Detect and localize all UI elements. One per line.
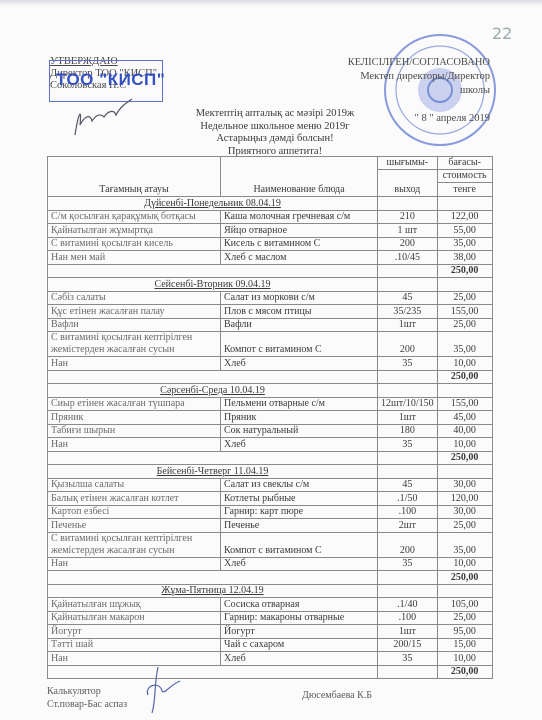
dish-price: 122,00 (437, 210, 492, 224)
dish-price: 35,00 (437, 332, 492, 357)
footer-role1: Калькулятор (47, 685, 127, 698)
signature-icon (140, 665, 185, 715)
dish-name-ru: Хлеб (221, 357, 378, 371)
empty-cell (437, 465, 492, 479)
dish-output: 35 (378, 357, 438, 371)
table-row: С витамині қосылған кептірілгенжемістерд… (48, 532, 493, 557)
dish-name-ru: Сосиска отварная (221, 598, 378, 612)
dish-name-kz-line2: жемістерден жасалған сусын (51, 545, 217, 557)
menu-table: Тағамның атауы Наименование блюда шығымы… (47, 156, 493, 679)
table-row: С/м қосылған қарақұмық ботқасыКаша молоч… (48, 210, 493, 224)
dish-output: .100 (378, 505, 438, 519)
footer-role2: Ст.повар-Бас аспаз (47, 698, 127, 711)
day-name: Сәрсенбі-Среда 10.04.19 (160, 385, 265, 396)
dish-output: 200 (378, 332, 438, 357)
day-total: 250,00 (437, 451, 492, 465)
day-total-row: 250,00 (48, 451, 493, 465)
dish-name-ru: Плов с мясом птицы (221, 305, 378, 319)
dish-price: 25,00 (437, 318, 492, 332)
table-row: Нан мен майХлеб с маслом.10/4538,00 (48, 251, 493, 265)
dish-price: 155,00 (437, 397, 492, 411)
dish-output: 35 (378, 652, 438, 666)
day-header-row: Бейсенбі-Четверг 11.04.19 (48, 465, 493, 479)
dish-price: 120,00 (437, 492, 492, 506)
empty-cell (48, 451, 378, 465)
empty-cell (48, 264, 378, 278)
dish-name-kz: Қайнатылған шұжық (48, 598, 221, 612)
day-total-row: 250,00 (48, 264, 493, 278)
dish-price: 35,00 (437, 532, 492, 557)
empty-cell (378, 465, 438, 479)
dish-price: 10,00 (437, 652, 492, 666)
table-row: ЙогуртЙогурт1шт95,00 (48, 625, 493, 639)
dish-output: 200 (378, 532, 438, 557)
dish-price: 45,00 (437, 411, 492, 425)
dish-output: .1/40 (378, 598, 438, 612)
dish-name-kz: Нан (48, 438, 221, 452)
dish-name-kz: Балық етінен жасалған котлет (48, 492, 221, 506)
table-row: ПряникПряник1шт45,00 (48, 411, 493, 425)
dish-output: 45 (378, 478, 438, 492)
dish-name-kz: Печенье (48, 519, 221, 533)
dish-output: 1шт (378, 625, 438, 639)
empty-cell (48, 665, 378, 679)
signature-icon (70, 95, 140, 140)
table-row: Сәбіз салатыСалат из моркови с/м4525,00 (48, 291, 493, 305)
dish-name-kz: Табиғи шырын (48, 424, 221, 438)
day-total: 250,00 (437, 264, 492, 278)
table-row: Қайнатылған шұжықСосиска отварная.1/4010… (48, 598, 493, 612)
day-name: Бейсенбі-Четверг 11.04.19 (157, 466, 269, 477)
dish-price: 25,00 (437, 519, 492, 533)
empty-cell (437, 384, 492, 398)
dish-name-kz: Нан (48, 357, 221, 371)
dish-name-ru: Хлеб (221, 438, 378, 452)
dish-name-kz: С витамині қосылған кептірілгенжемістерд… (48, 532, 221, 557)
dish-price: 10,00 (437, 357, 492, 371)
day-name-cell: Дүйсенбі-Понедельник 08.04.19 (48, 197, 378, 211)
empty-cell (437, 584, 492, 598)
dish-output: 2шт (378, 519, 438, 533)
dish-name-ru: Каша молочная гречневая с/м (221, 210, 378, 224)
day-total: 250,00 (437, 665, 492, 679)
dish-output: 35/235 (378, 305, 438, 319)
header-price-bottom: тенге (437, 183, 492, 197)
empty-cell (378, 584, 438, 598)
dish-name-kz: Қайнатылған макарон (48, 611, 221, 625)
dish-name-ru: Пряник (221, 411, 378, 425)
dish-output: .100 (378, 611, 438, 625)
day-total: 250,00 (437, 370, 492, 384)
dish-name-ru: Салат из моркови с/м (221, 291, 378, 305)
dish-name-kz: Картоп езбесі (48, 505, 221, 519)
table-row: НанХлеб3510,00 (48, 438, 493, 452)
table-row: С витамині қосылған кептірілгенжемістерд… (48, 332, 493, 357)
day-total: 250,00 (437, 571, 492, 585)
day-header-row: Сәрсенбі-Среда 10.04.19 (48, 384, 493, 398)
dish-output: 1 шт (378, 224, 438, 238)
agreement-title: КЕЛІСІЛГЕН/СОГЛАСОВАНО (330, 56, 490, 70)
dish-name-ru: Котлеты рыбные (221, 492, 378, 506)
dish-name-kz: Қызылша салаты (48, 478, 221, 492)
table-row: С витамині қосылған кисельКисель с витам… (48, 237, 493, 251)
dish-price: 40,00 (437, 424, 492, 438)
table-row: НанХлеб3510,00 (48, 357, 493, 371)
dish-name-ru: Компот с витамином С (221, 532, 378, 557)
table-row: Қайнатылған жұмыртқаЯйцо отварное1 шт55,… (48, 224, 493, 238)
day-name-cell: Жұма-Пятница 12.04.19 (48, 584, 378, 598)
header-ru: Наименование блюда (221, 157, 378, 197)
dish-name-kz: Құс етінен жасалған палау (48, 305, 221, 319)
table-row: ПеченьеПеченье2шт25,00 (48, 519, 493, 533)
dish-output: 180 (378, 424, 438, 438)
dish-name-ru: Йогурт (221, 625, 378, 639)
empty-cell (378, 665, 438, 679)
dish-output: 35 (378, 438, 438, 452)
menu-titles: Мектептің апталық ас мәзірі 2019ж Недель… (150, 108, 400, 158)
table-row: ВафлиВафли1шт25,00 (48, 318, 493, 332)
dish-price: 25,00 (437, 291, 492, 305)
table-header-row: Тағамның атауы Наименование блюда шығымы… (48, 157, 493, 170)
header-out-bottom: выход (378, 170, 438, 197)
table-row: Балық етінен жасалған котлетКотлеты рыбн… (48, 492, 493, 506)
dish-name-kz: Пряник (48, 411, 221, 425)
dish-price: 155,00 (437, 305, 492, 319)
table-row: Тәтті шайЧай с сахаром200/1515,00 (48, 638, 493, 652)
dish-name-kz: Вафли (48, 318, 221, 332)
table-row: Картоп езбесіГарнир: карт пюре.10030,00 (48, 505, 493, 519)
dish-name-ru: Кисель с витамином С (221, 237, 378, 251)
dish-name-kz: С/м қосылған қарақұмық ботқасы (48, 210, 221, 224)
dish-price: 95,00 (437, 625, 492, 639)
empty-cell (378, 571, 438, 585)
dish-price: 25,00 (437, 611, 492, 625)
dish-output: 200 (378, 237, 438, 251)
dish-name-ru: Салат из свеклы с/м (221, 478, 378, 492)
empty-cell (48, 370, 378, 384)
dish-name-ru: Вафли (221, 318, 378, 332)
day-total-row: 250,00 (48, 571, 493, 585)
dish-name-kz-line1: С витамині қосылған кептірілген (51, 332, 217, 344)
dish-output: .10/45 (378, 251, 438, 265)
title-kz: Мектептің апталық ас мәзірі 2019ж (150, 108, 400, 121)
header-out-top: шығымы- (378, 157, 438, 170)
table-row: НанХлеб3510,00 (48, 557, 493, 571)
table-row: Сиыр етінен жасалған түшпараПельмени отв… (48, 397, 493, 411)
dish-name-kz: Сиыр етінен жасалған түшпара (48, 397, 221, 411)
empty-cell (378, 278, 438, 292)
day-name-cell: Сәрсенбі-Среда 10.04.19 (48, 384, 378, 398)
dish-name-ru: Хлеб с маслом (221, 251, 378, 265)
empty-cell (48, 571, 378, 585)
day-total-row: 250,00 (48, 370, 493, 384)
dish-price: 10,00 (437, 438, 492, 452)
dish-price: 105,00 (437, 598, 492, 612)
dish-output: .1/50 (378, 492, 438, 506)
day-name: Жұма-Пятница 12.04.19 (161, 585, 263, 596)
table-row: Қайнатылған макаронГарнир: макароны отва… (48, 611, 493, 625)
table-row: Табиғи шырынСок натуральный18040,00 (48, 424, 493, 438)
scan-shadow (0, 0, 542, 6)
title-ru: Недельное школьное меню 2019г (150, 121, 400, 134)
empty-cell (437, 197, 492, 211)
empty-cell (378, 370, 438, 384)
day-name: Сейсенбі-Вторник 09.04.19 (154, 279, 270, 290)
dish-name-ru: Печенье (221, 519, 378, 533)
dish-name-ru: Хлеб (221, 652, 378, 666)
dish-name-ru: Сок натуральный (221, 424, 378, 438)
empty-cell (378, 451, 438, 465)
empty-cell (378, 264, 438, 278)
dish-name-kz: С витамині қосылған кептірілгенжемістерд… (48, 332, 221, 357)
dish-name-kz-line2: жемістерден жасалған сусын (51, 344, 217, 356)
day-total-row: 250,00 (48, 665, 493, 679)
footer-name: Дюсембаева К.Б (302, 689, 372, 702)
dish-price: 35,00 (437, 237, 492, 251)
day-name: Дүйсенбі-Понедельник 08.04.19 (144, 198, 281, 209)
dish-price: 55,00 (437, 224, 492, 238)
table-row: НанХлеб3510,00 (48, 652, 493, 666)
dish-price: 38,00 (437, 251, 492, 265)
dish-output: 200/15 (378, 638, 438, 652)
company-stamp: ТОО "КИСП" (56, 70, 165, 90)
day-header-row: Дүйсенбі-Понедельник 08.04.19 (48, 197, 493, 211)
dish-output: 12шт/10/150 (378, 397, 438, 411)
day-name-cell: Бейсенбі-Четверг 11.04.19 (48, 465, 378, 479)
dish-name-ru: Чай с сахаром (221, 638, 378, 652)
dish-output: 1шт (378, 411, 438, 425)
greeting-kz: Астарыңыз дәмді болсын! (150, 133, 400, 146)
table-row: Құс етінен жасалған палауПлов с мясом пт… (48, 305, 493, 319)
header-price-mid: стоимость (437, 170, 492, 183)
day-header-row: Жұма-Пятница 12.04.19 (48, 584, 493, 598)
header-price-top: бағасы- (437, 157, 492, 170)
dish-name-ru: Яйцо отварное (221, 224, 378, 238)
dish-name-kz: Сәбіз салаты (48, 291, 221, 305)
dish-name-ru: Компот с витамином С (221, 332, 378, 357)
dish-name-kz: Нан (48, 557, 221, 571)
dish-output: 35 (378, 557, 438, 571)
dish-name-kz: Йогурт (48, 625, 221, 639)
empty-cell (437, 278, 492, 292)
empty-cell (378, 384, 438, 398)
dish-name-kz-line1: С витамині қосылған кептірілген (51, 533, 217, 545)
dish-output: 45 (378, 291, 438, 305)
agreement-line1: Мектеп директоры/Директор школы (330, 70, 490, 98)
dish-name-kz: Қайнатылған жұмыртқа (48, 224, 221, 238)
dish-name-kz: Тәтті шай (48, 638, 221, 652)
dish-name-ru: Гарнир: карт пюре (221, 505, 378, 519)
header-kz: Тағамның атауы (48, 157, 221, 197)
dish-price: 30,00 (437, 505, 492, 519)
dish-name-ru: Гарнир: макароны отварные (221, 611, 378, 625)
day-header-row: Сейсенбі-Вторник 09.04.19 (48, 278, 493, 292)
footer-roles: Калькулятор Ст.повар-Бас аспаз (47, 685, 127, 711)
table-row: Қызылша салатыСалат из свеклы с/м4530,00 (48, 478, 493, 492)
dish-name-kz: Нан мен май (48, 251, 221, 265)
dish-name-kz: С витамині қосылған кисель (48, 237, 221, 251)
dish-name-ru: Хлеб (221, 557, 378, 571)
dish-output: 210 (378, 210, 438, 224)
dish-name-ru: Пельмени отварные с/м (221, 397, 378, 411)
dish-price: 30,00 (437, 478, 492, 492)
dish-name-kz: Нан (48, 652, 221, 666)
dish-price: 15,00 (437, 638, 492, 652)
dish-output: 1шт (378, 318, 438, 332)
dish-price: 10,00 (437, 557, 492, 571)
empty-cell (378, 197, 438, 211)
day-name-cell: Сейсенбі-Вторник 09.04.19 (48, 278, 378, 292)
